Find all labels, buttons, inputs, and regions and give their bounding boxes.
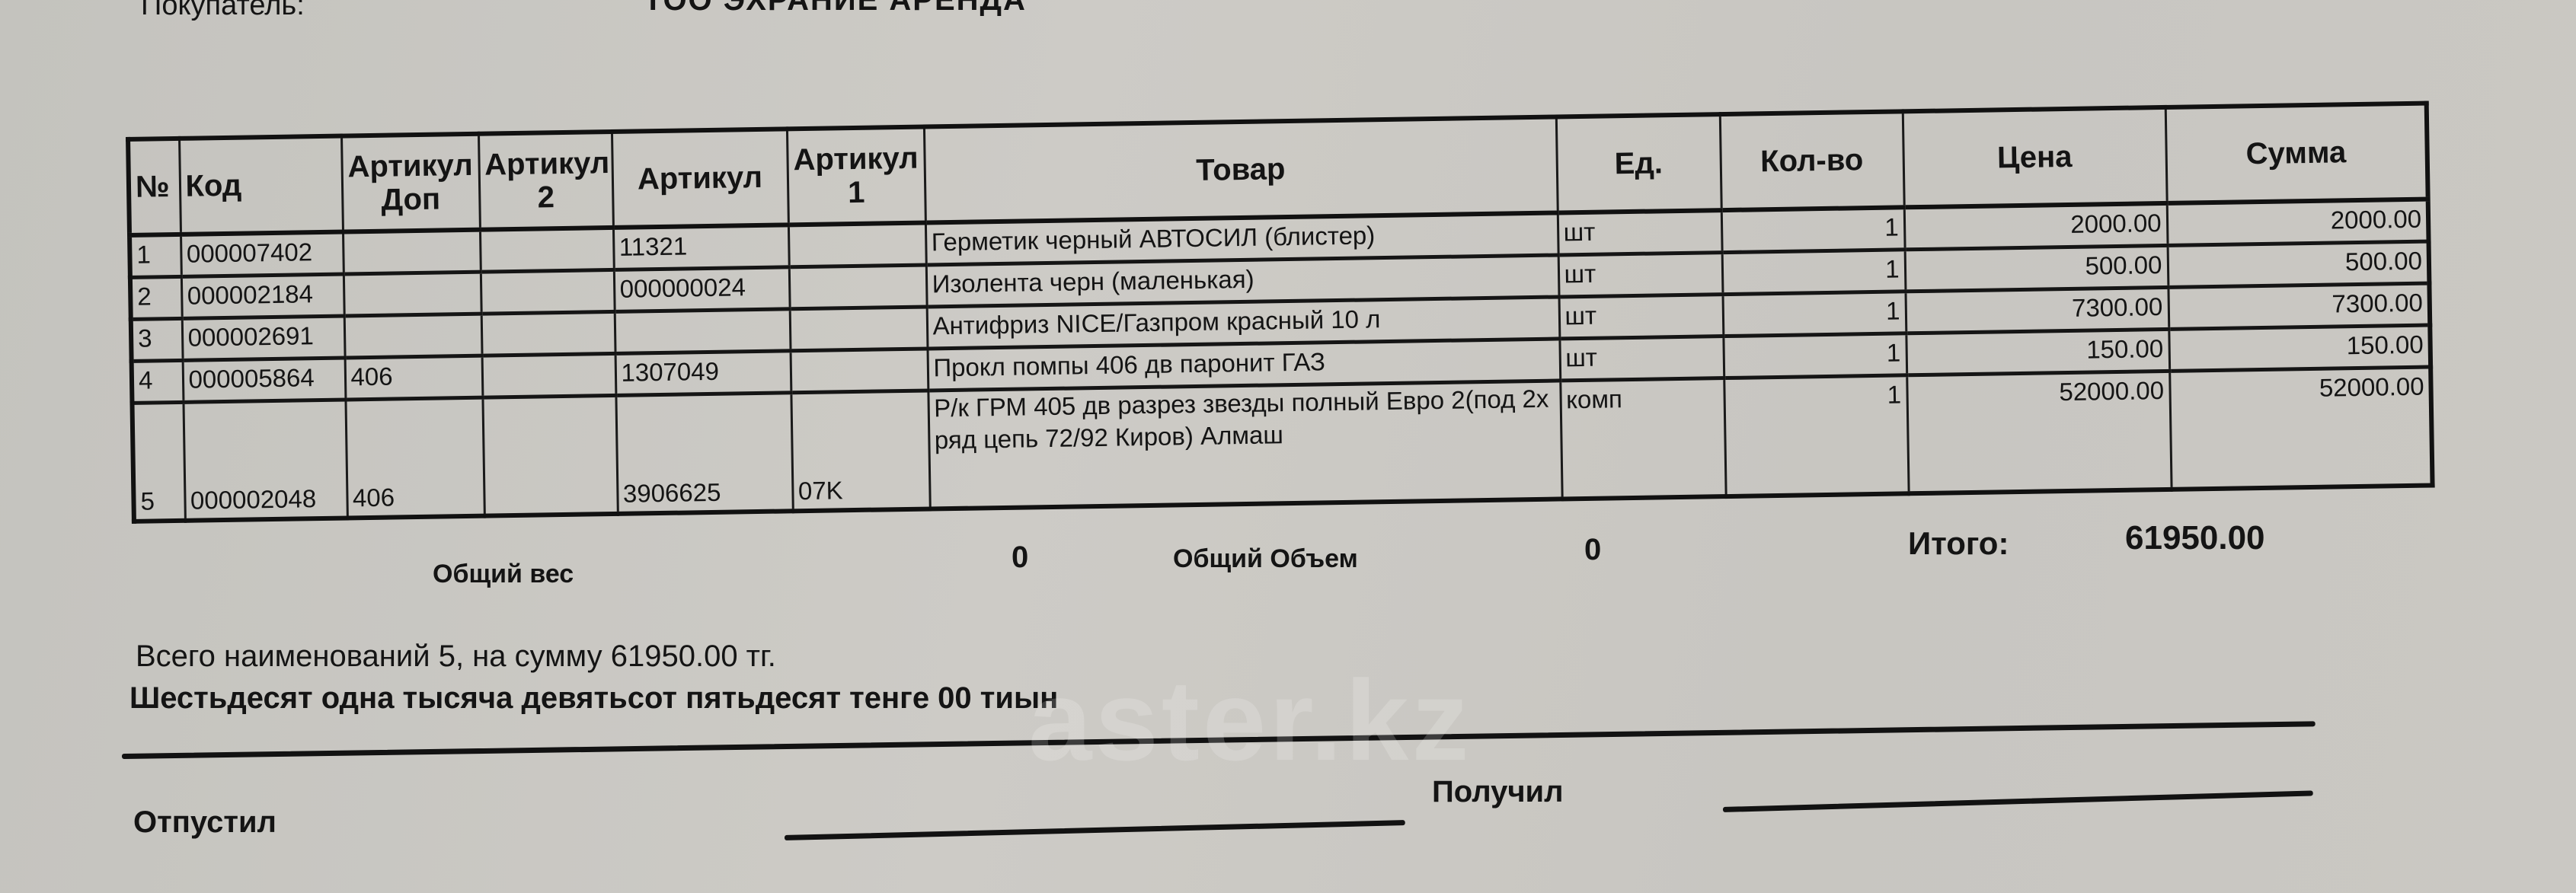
sum: 7300.00: [2168, 283, 2430, 329]
item-code: 000005864: [183, 358, 346, 402]
grand-total-value: 61950.00: [2125, 519, 2265, 557]
article-extra: [344, 272, 481, 316]
item-name: Р/к ГРМ 405 дв разрез звезды полный Евро…: [928, 381, 1561, 509]
article: 11321: [613, 225, 789, 269]
col-header-code: Код: [179, 136, 343, 234]
released-by-signature-line: [785, 820, 1405, 840]
row-number: 3: [131, 318, 183, 361]
quantity: 1: [1724, 375, 1908, 496]
quantity: 1: [1723, 333, 1906, 378]
article: 000000024: [614, 267, 790, 312]
col-header-price: Цена: [1903, 107, 2167, 207]
price: 2000.00: [1904, 203, 2168, 250]
article-1: [789, 265, 927, 309]
received-by-label: Получил: [1432, 775, 1564, 809]
row-number: 4: [132, 360, 184, 403]
unit: комп: [1560, 378, 1725, 499]
total-volume-label: Общий Объем: [1173, 544, 1358, 574]
col-header-item: Товар: [924, 117, 1558, 223]
price: 52000.00: [1906, 371, 2171, 493]
item-code: 000002184: [181, 274, 344, 318]
price: 7300.00: [1905, 287, 2169, 333]
article-2: [482, 395, 617, 515]
sum: 150.00: [2169, 325, 2431, 371]
col-header-sum: Сумма: [2165, 104, 2428, 203]
article-2: [481, 269, 615, 314]
article: 3906625: [615, 393, 792, 514]
amount-in-words: Шестьдесят одна тысяча девятьсот пятьдес…: [129, 681, 1058, 716]
unit: шт: [1558, 253, 1723, 297]
buyer-name: ТОО ЭХРАНИЕ АРЕНДА: [644, 0, 1027, 18]
col-header-article-2: Артикул 2: [478, 132, 613, 230]
article-extra: 406: [345, 356, 483, 400]
article-extra: [343, 230, 481, 274]
article: 1307049: [615, 351, 791, 396]
row-number: 2: [130, 276, 182, 319]
article-1: [788, 223, 926, 267]
item-code: 000007402: [181, 232, 344, 277]
col-header-number: №: [128, 139, 181, 235]
grand-total-label: Итого:: [1908, 525, 2009, 562]
invoice-table: № Код Артикул Доп Артикул 2 Артикул Арти…: [126, 101, 2435, 524]
row-number: 1: [129, 234, 181, 278]
article-2: [481, 311, 615, 356]
watermark: aster.kz: [1028, 655, 1472, 786]
sum: 2000.00: [2167, 199, 2429, 246]
unit: шт: [1558, 210, 1722, 255]
article-1: [790, 307, 928, 351]
col-header-unit: Ед.: [1556, 114, 1721, 212]
article-extra: [344, 314, 482, 358]
article-extra: 406: [345, 397, 484, 518]
unit: шт: [1559, 295, 1724, 339]
total-weight-label: Общий вес: [433, 560, 574, 589]
quantity: 1: [1723, 292, 1906, 336]
col-header-article-1: Артикул 1: [787, 127, 925, 225]
article-2: [480, 228, 614, 272]
quantity: 1: [1722, 250, 1906, 295]
article-1: [791, 349, 928, 393]
buyer-label: Покупатель:: [141, 0, 305, 22]
released-by-label: Отпустил: [133, 805, 276, 840]
article: [615, 309, 791, 354]
item-code: 000002048: [183, 400, 347, 521]
sum: 500.00: [2168, 241, 2430, 287]
sum: 52000.00: [2169, 367, 2432, 490]
received-by-signature-line: [1723, 790, 2313, 812]
col-header-quantity: Кол-во: [1720, 111, 1904, 210]
items-summary: Всего наименований 5, на сумму 61950.00 …: [136, 639, 776, 674]
total-weight-value: 0: [1012, 541, 1028, 575]
row-number: 5: [132, 402, 184, 521]
total-volume-value: 0: [1584, 533, 1601, 567]
item-code: 000002691: [182, 316, 345, 360]
article-1: 07K: [791, 391, 929, 511]
amount-underline: [122, 721, 2316, 759]
invoice-table-container: № Код Артикул Доп Артикул 2 Артикул Арти…: [126, 101, 2431, 524]
price: 500.00: [1905, 245, 2169, 291]
totals-row: Общий вес 0 Общий Объем 0 Итого: 61950.0…: [0, 533, 2576, 609]
quantity: 1: [1721, 207, 1905, 252]
article-2: [482, 353, 616, 397]
unit: шт: [1559, 336, 1724, 381]
col-header-article-extra: Артикул Доп: [341, 134, 480, 232]
price: 150.00: [1906, 329, 2169, 375]
col-header-article: Артикул: [612, 129, 788, 228]
